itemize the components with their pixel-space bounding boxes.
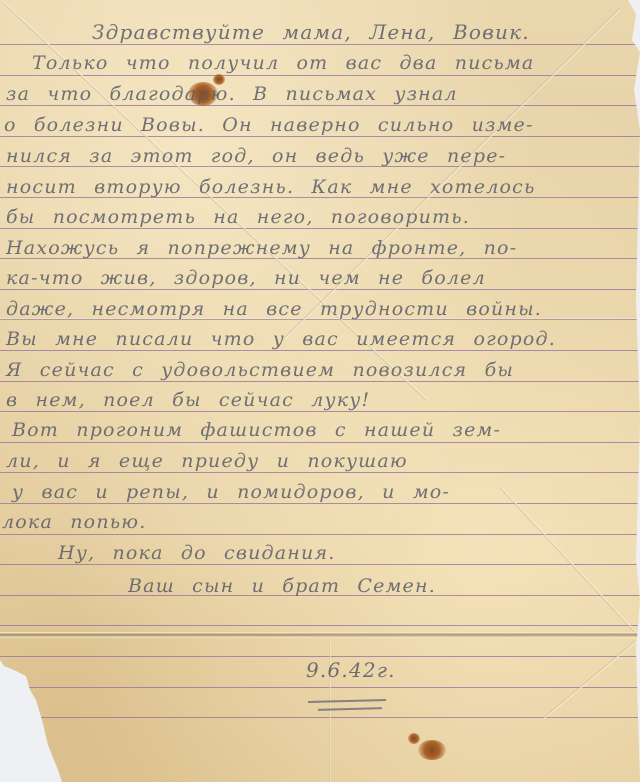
diagonal-crease-lower-right xyxy=(499,486,637,634)
ruled-line xyxy=(0,75,640,76)
ruled-line xyxy=(0,472,640,473)
diagonal-crease-bottom-right xyxy=(543,640,636,719)
ruled-line xyxy=(0,411,640,412)
ruled-line xyxy=(0,503,640,504)
letter-body-line: Нахожусь я попрежнему на фронте, по- xyxy=(6,237,517,259)
ruled-line xyxy=(0,381,640,382)
ruled-line xyxy=(0,625,640,626)
ruled-line xyxy=(0,44,640,45)
letter-body-line: у вас и репы, и помидоров, и мо- xyxy=(12,481,450,503)
letter-body-line: лока попью. xyxy=(2,511,146,533)
letter-body-line: Вы мне писали что у вас имеется огород. xyxy=(6,328,556,350)
letter-paper: Здравствуйте мама, Лена, Вовик. Только ч… xyxy=(0,0,640,782)
ruled-line xyxy=(0,228,640,229)
letter-body-line: ли, и я еще приеду и покушаю xyxy=(6,450,408,472)
ink-stain-bottom xyxy=(418,740,446,760)
ruled-line xyxy=(0,350,640,351)
letter-body-line: за что благодарю. В письмах узнал xyxy=(6,83,458,105)
letter-greeting: Здравствуйте мама, Лена, Вовик. xyxy=(92,20,530,44)
ruled-line xyxy=(0,442,640,443)
letter-body-line: бы посмотреть на него, поговорить. xyxy=(6,206,470,228)
date-underline xyxy=(308,699,386,703)
letter-body-line: даже, несмотря на все трудности войны. xyxy=(6,298,542,320)
letter-body-line: о болезни Вовы. Он наверно сильно изме- xyxy=(4,114,534,136)
ruled-line xyxy=(0,656,640,657)
letter-body-line: Вот прогоним фашистов с нашей зем- xyxy=(12,419,501,441)
ruled-line xyxy=(0,105,640,106)
ink-stain-bottom-small xyxy=(408,733,420,744)
letter-date: 9.6.42г. xyxy=(306,658,396,682)
ruled-line xyxy=(0,687,640,688)
letter-closing: Ну, пока до свидания. xyxy=(58,542,335,564)
date-underline-second xyxy=(318,707,382,710)
horizontal-fold xyxy=(0,632,640,638)
ruled-line xyxy=(0,136,640,137)
letter-body-line: Я сейчас с удовольствием повозился бы xyxy=(6,359,514,381)
ruled-line xyxy=(0,564,640,565)
ruled-line xyxy=(0,289,640,290)
letter-body-line: нился за этот год, он ведь уже пере- xyxy=(6,145,506,167)
letter-body-line: в нем, поел бы сейчас луку! xyxy=(6,389,370,411)
letter-body-line: Только что получил от вас два письма xyxy=(32,52,534,74)
letter-body-line: носит вторую болезнь. Как мне хотелось xyxy=(6,176,536,198)
letter-signature: Ваш сын и брат Семен. xyxy=(128,575,436,597)
letter-body-line: ка-что жив, здоров, ни чем не болел xyxy=(6,267,486,289)
